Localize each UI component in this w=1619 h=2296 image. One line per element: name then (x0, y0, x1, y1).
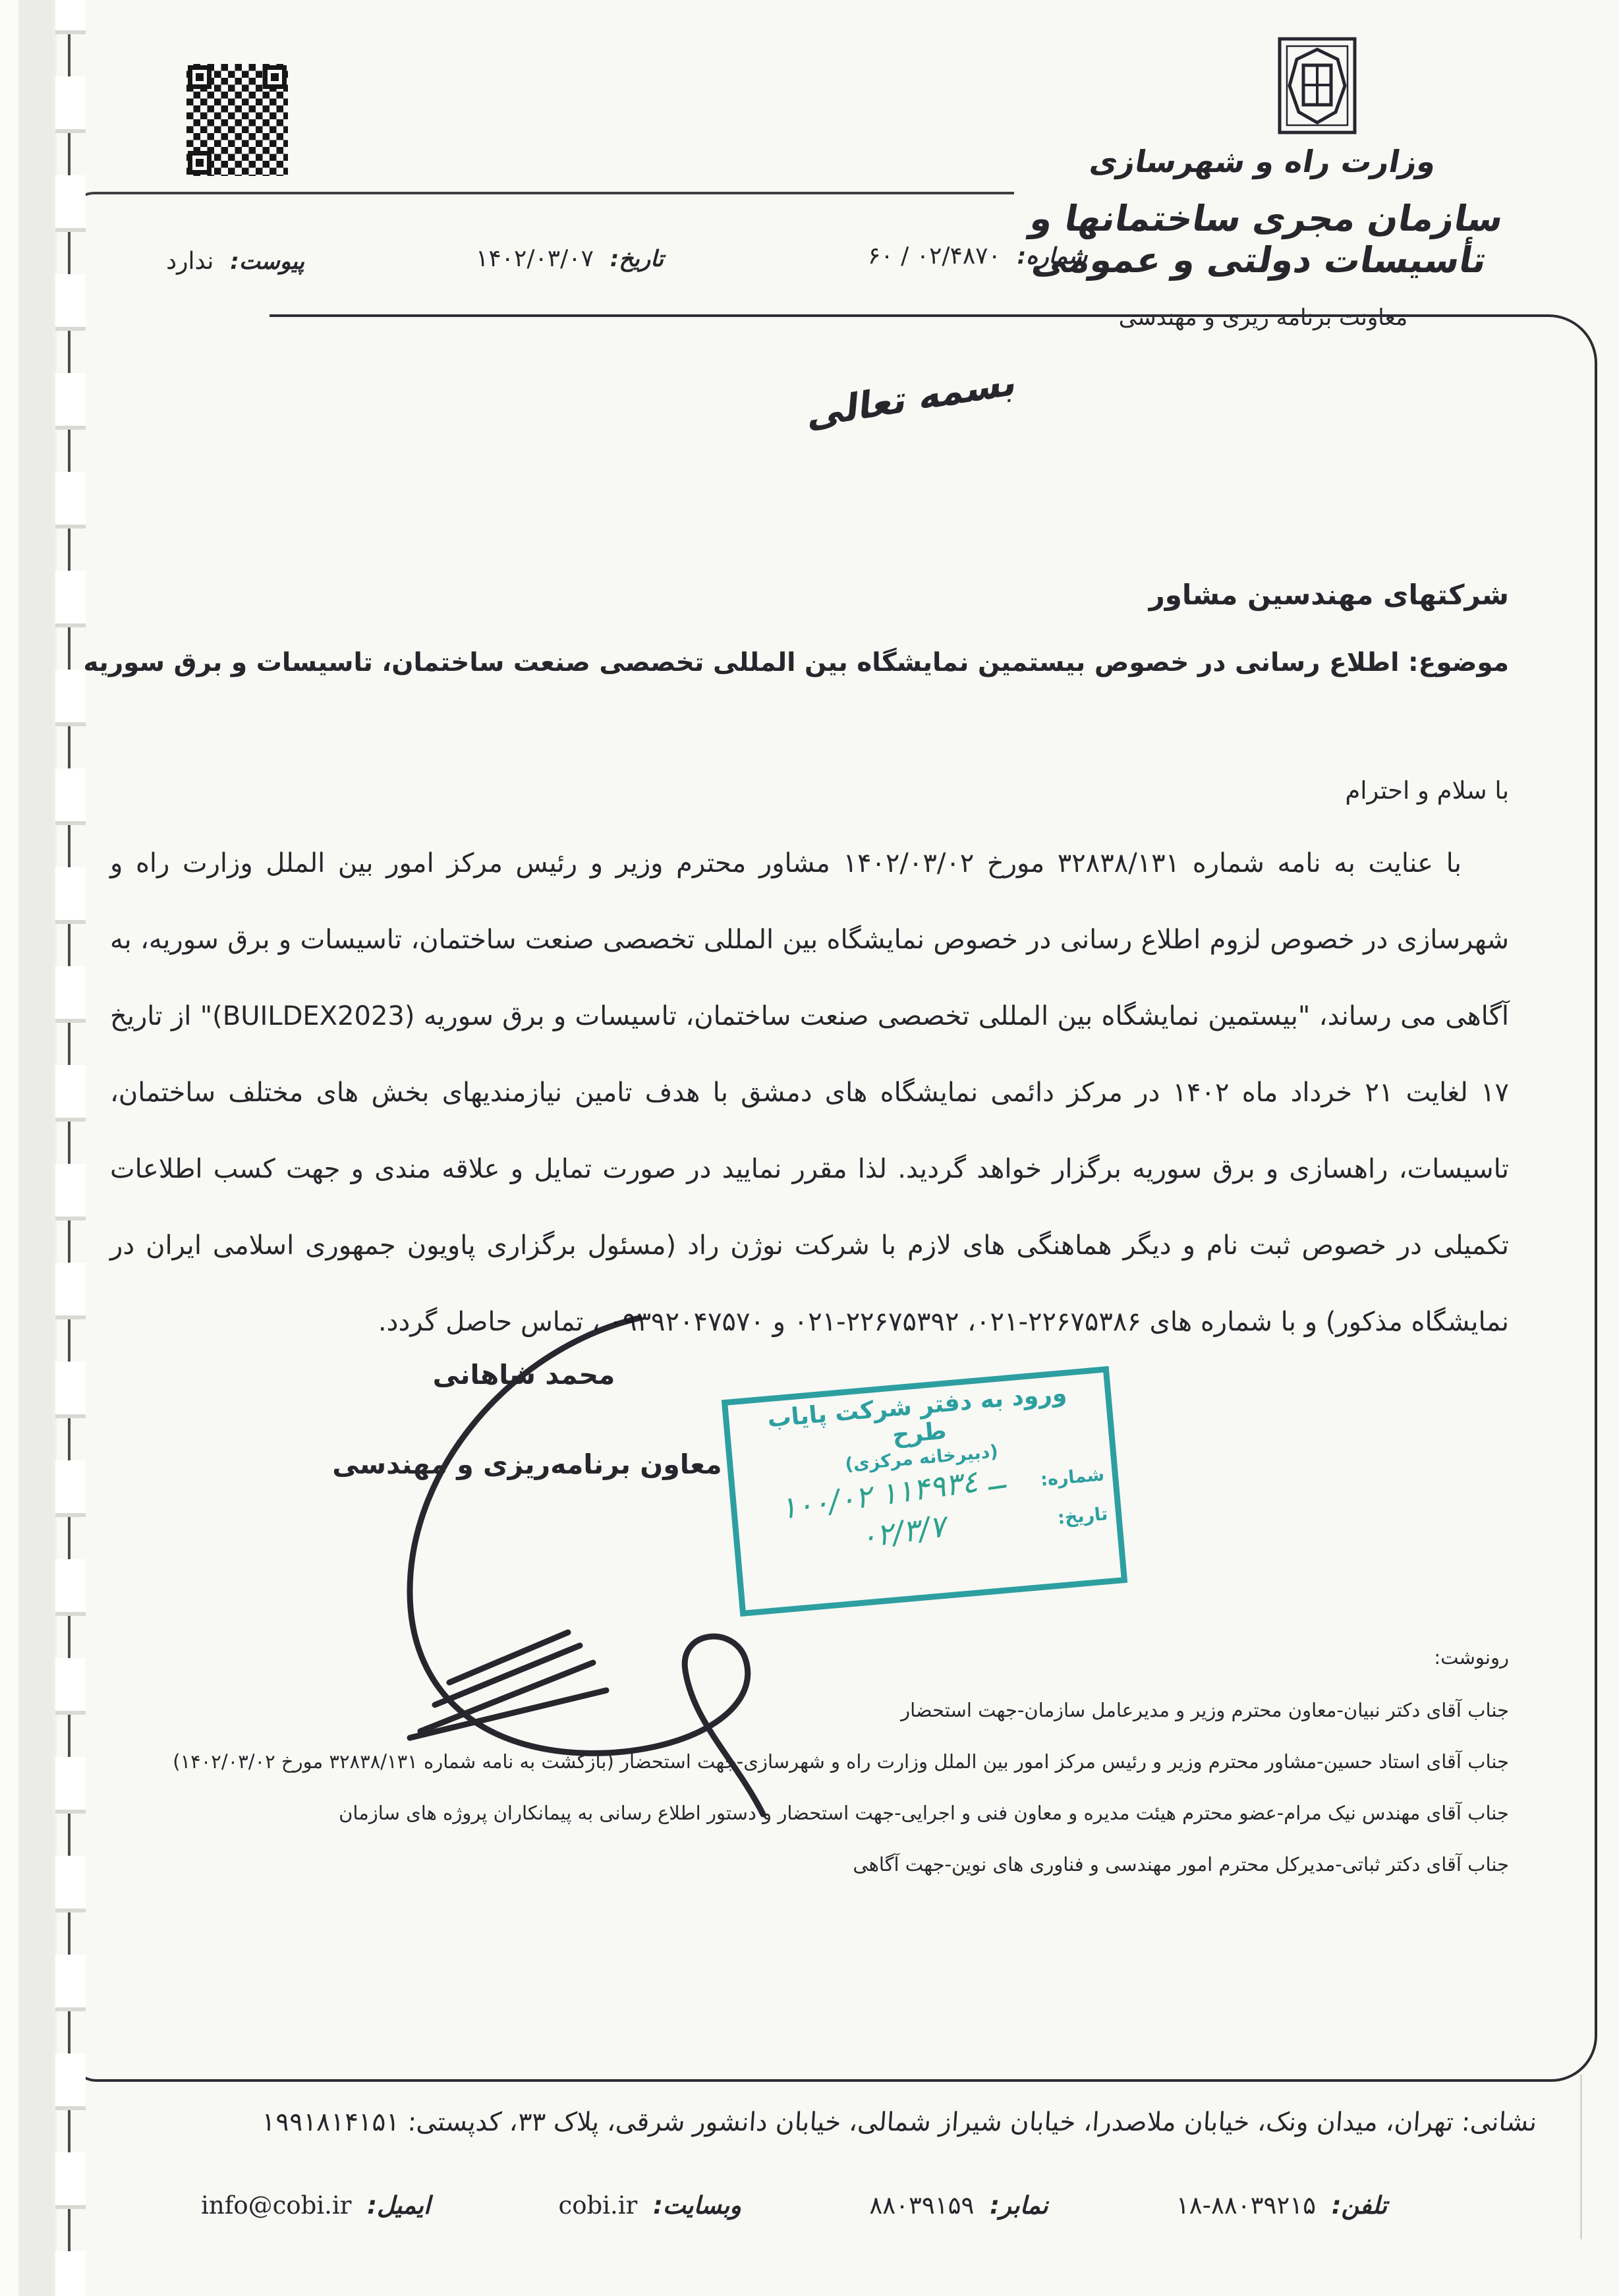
footer-website-field: وبسایت: cobi.ir (559, 2191, 741, 2220)
footer-address: نشانی: تهران، میدان ونک، خیابان ملاصدرا،… (260, 2108, 1537, 2137)
scanned-letter-page: وزارت راه و شهرسازی سازمان مجری ساختمانه… (0, 0, 1619, 2296)
qr-finder-icon (188, 65, 212, 89)
comb-binding-teeth (55, 0, 86, 2296)
scan-margin-strip (0, 0, 57, 2296)
frame-top-gap (73, 311, 270, 320)
letter-border-frame (68, 314, 1597, 2082)
ministry-name: وزارت راه و شهرسازی (996, 144, 1530, 179)
paper-edge-shadow (1580, 2075, 1582, 2239)
qr-finder-icon (188, 151, 212, 175)
email-label: ایمیل: (367, 2191, 430, 2220)
fax-label: نمابر: (990, 2191, 1048, 2220)
footer-phone-field: تلفن: ۸۸۰۳۹۲۱۵-۱۸ (1176, 2191, 1387, 2220)
footer-email-field: ایمیل: info@cobi.ir (201, 2191, 430, 2220)
letterhead: وزارت راه و شهرسازی سازمان مجری ساختمانه… (1000, 144, 1527, 331)
qr-code-icon (186, 64, 288, 176)
fax-value: ۸۸۰۳۹۱۵۹ (869, 2191, 974, 2220)
qr-finder-icon (263, 65, 287, 89)
sheet-top-edge-line (68, 192, 1014, 255)
phone-label: تلفن: (1332, 2191, 1387, 2220)
stamp-number-label: شماره: (1040, 1464, 1105, 1490)
ministry-emblem-icon (1277, 36, 1357, 135)
stamp-date-label: تاریخ: (1057, 1503, 1109, 1528)
footer-fax-field: نمابر: ۸۸۰۳۹۱۵۹ (869, 2191, 1048, 2220)
footer-contacts: تلفن: ۸۸۰۳۹۲۱۵-۱۸ نمابر: ۸۸۰۳۹۱۵۹ وبسایت… (201, 2191, 1387, 2220)
letter-number-label: شماره: (1017, 243, 1087, 270)
website-label: وبسایت: (653, 2191, 741, 2220)
entry-stamp: ورود به دفتر شرکت پایاب طرح (دبیرخانه مر… (722, 1366, 1128, 1617)
website-value: cobi.ir (559, 2191, 638, 2220)
phone-value: ۸۸۰۳۹۲۱۵-۱۸ (1176, 2191, 1316, 2220)
email-value: info@cobi.ir (201, 2191, 351, 2220)
